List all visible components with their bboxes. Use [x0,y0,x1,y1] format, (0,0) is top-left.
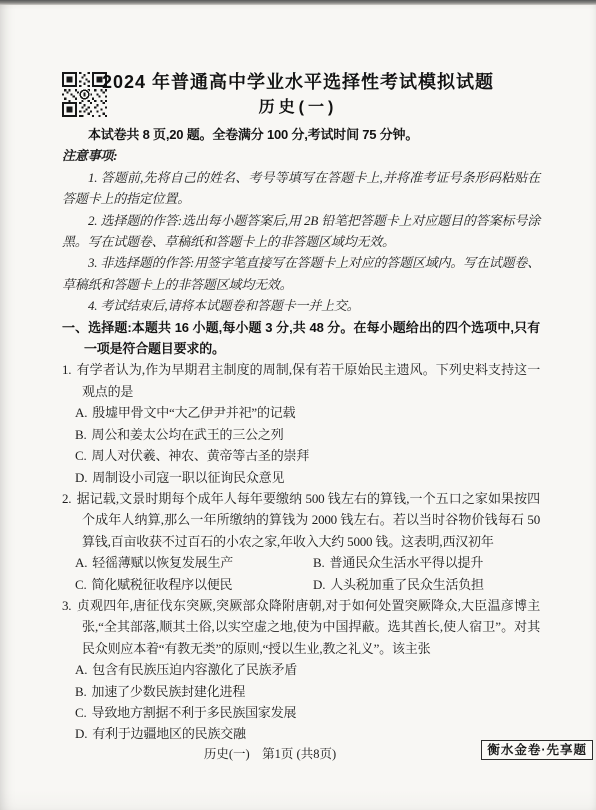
option-text: 简化赋税征收程序以便民 [92,577,233,592]
notice-item-1: 1. 答题前,先将自己的姓名、考号等填写在答题卡上,并将准考证号条形码粘贴在答题… [62,167,540,210]
option-label: D. [313,577,325,592]
notice-heading: 注意事项: [62,145,540,166]
option-label: A. [75,555,87,570]
option-text: 殷墟甲骨文中“大乙伊尹并祀”的记载 [92,405,295,420]
option-text: 周制设小司寇一职以征询民众意见 [92,470,284,485]
option-label: C. [75,448,87,463]
option-text: 周人对伏羲、神农、黄帝等古圣的崇拜 [92,448,310,463]
option-text: 有利于边疆地区的民族交融 [92,726,246,741]
exam-body: 本试卷共 8 页,20 题。全卷满分 100 分,考试时间 75 分钟。 注意事… [62,124,540,745]
option-row: A.包含有民族压迫内容激化了民族矛盾 [75,659,540,680]
notice-item-2: 2. 选择题的作答:选出每小题答案后,用 2B 铅笔把答题卡上对应题目的答案标号… [62,210,540,253]
question-2-text: 据记载,文景时期每个成年人每年要缴纳 500 钱左右的算钱,一个五口之家如果按四… [76,491,540,549]
option-label: B. [313,555,325,570]
question-2-stem: 2.据记载,文景时期每个成年人每年要缴纳 500 钱左右的算钱,一个五口之家如果… [62,488,540,552]
exam-title: 2024 年普通高中学业水平选择性考试模拟试题 [0,72,596,92]
question-2-number: 2. [62,491,71,506]
option-label: A. [75,405,87,420]
question-3-number: 3. [62,598,71,613]
option-label: D. [75,470,87,485]
option-row: D.人头税加重了民众生活负担 [313,574,540,595]
exam-header: 2024 年普通高中学业水平选择性考试模拟试题 历史(一) [0,72,596,117]
option-row: B.周公和姜太公均在武王的三公之列 [75,424,540,445]
question-1-number: 1. [62,362,71,377]
footer-page-label: 历史(一) 第1页 (共8页) [155,744,385,762]
option-label: B. [75,427,87,442]
question-3-text: 贞观四年,唐征伐东突厥,突厥部众降附唐朝,对于如何处置突厥降众,大臣温彦博主张,… [76,598,540,656]
question-1: 1.有学者认为,作为早期君主制度的周制,保有若干原始民主遗风。下列史料支持这一观… [62,359,540,487]
option-row: D.周制设小司寇一职以征询民众意见 [75,467,540,488]
option-label: C. [75,705,87,720]
option-row: B.普通民众生活水平得以提升 [313,552,540,573]
question-3: 3.贞观四年,唐征伐东突厥,突厥部众降附唐朝,对于如何处置突厥降众,大臣温彦博主… [62,595,540,745]
scan-edge-strip [0,0,596,5]
question-1-options: A.殷墟甲骨文中“大乙伊尹并祀”的记载 B.周公和姜太公均在武王的三公之列 C.… [75,402,540,488]
exam-subject: 历史(一) [0,99,596,117]
option-row: B.加速了少数民族封建化进程 [75,681,540,702]
option-label: C. [75,577,87,592]
option-text: 人头税加重了民众生活负担 [330,577,484,592]
question-3-stem: 3.贞观四年,唐征伐东突厥,突厥部众降附唐朝,对于如何处置突厥降众,大臣温彦博主… [62,595,540,659]
option-label: A. [75,662,87,677]
option-row: A.殷墟甲骨文中“大乙伊尹并祀”的记载 [75,402,540,423]
option-row: C.导致地方割据不利于多民族国家发展 [75,702,540,723]
option-row: C.周人对伏羲、神农、黄帝等古圣的崇拜 [75,445,540,466]
question-1-stem: 1.有学者认为,作为早期君主制度的周制,保有若干原始民主遗风。下列史料支持这一观… [62,359,540,402]
question-2: 2.据记载,文景时期每个成年人每年要缴纳 500 钱左右的算钱,一个五口之家如果… [62,488,540,595]
option-text: 导致地方割据不利于多民族国家发展 [92,705,297,720]
option-row: A.轻徭薄赋以恢复发展生产 [75,552,313,573]
option-row: D.有利于边疆地区的民族交融 [75,723,540,744]
option-text: 包含有民族压迫内容激化了民族矛盾 [92,662,297,677]
notice-item-4: 4. 考试结束后,请将本试题卷和答题卡一并上交。 [62,295,540,316]
exam-meta-line: 本试卷共 8 页,20 题。全卷满分 100 分,考试时间 75 分钟。 [62,124,540,145]
option-label: B. [75,684,87,699]
question-1-text: 有学者认为,作为早期君主制度的周制,保有若干原始民主遗风。下列史料支持这一观点的… [76,362,540,398]
exam-paper-page: 2024 年普通高中学业水平选择性考试模拟试题 历史(一) 本试卷共 8 页,2… [0,0,596,810]
section-heading: 一、选择题:本题共 16 小题,每小题 3 分,共 48 分。在每小题给出的四个… [62,317,540,360]
option-text: 普通民众生活水平得以提升 [330,555,484,570]
footer-brand-badge: 衡水金卷·先享题 [481,740,593,760]
option-text: 轻徭薄赋以恢复发展生产 [92,555,233,570]
question-3-options: A.包含有民族压迫内容激化了民族矛盾 B.加速了少数民族封建化进程 C.导致地方… [75,659,540,745]
option-label: D. [75,726,87,741]
option-row: C.简化赋税征收程序以便民 [75,574,313,595]
question-2-options: A.轻徭薄赋以恢复发展生产 B.普通民众生活水平得以提升 C.简化赋税征收程序以… [75,552,540,595]
notice-item-3: 3. 非选择题的作答:用签字笔直接写在答题卡上对应的答题区域内。写在试题卷、草稿… [62,252,540,295]
option-text: 加速了少数民族封建化进程 [92,684,246,699]
option-text: 周公和姜太公均在武王的三公之列 [92,427,284,442]
